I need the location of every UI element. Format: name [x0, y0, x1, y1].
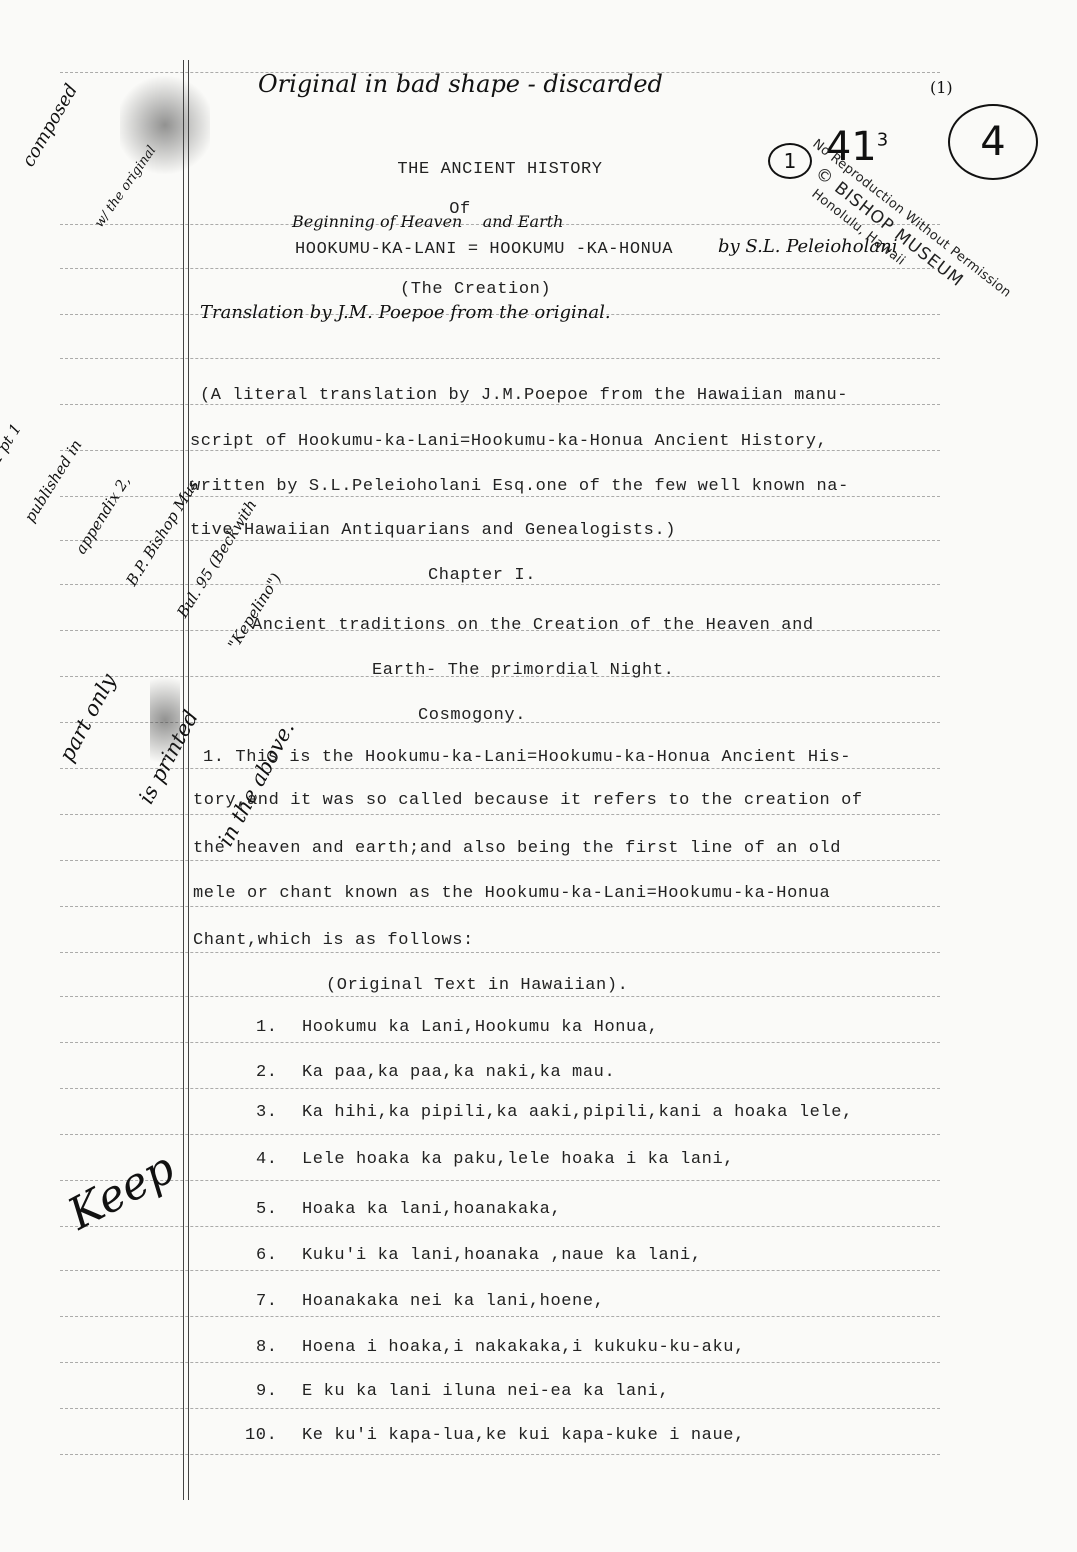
document-subtitle: HOOKUMU-KA-LANI = HOOKUMU -KA-HONUA	[295, 240, 673, 259]
intro-line: script of Hookumu-ka-Lani=Hookumu-ka-Hon…	[190, 432, 827, 451]
margin-note-line: part only	[52, 632, 143, 768]
chant-line-text: Hookumu ka Lani,Hookumu ka Honua,	[302, 1018, 658, 1037]
corner-mark: (1)	[930, 78, 953, 97]
chant-line-text: Hoanakaka nei ka lani,hoene,	[302, 1292, 604, 1311]
intro-line: tive Hawaiian Antiquarians and Genealogi…	[190, 521, 676, 540]
chant-line-number: 1.	[256, 1018, 278, 1037]
chant-line-text: Kuku'i ka lani,hoanaka ,naue ka lani,	[302, 1246, 702, 1265]
paragraph-line: tory,and it was so called because it ref…	[193, 791, 863, 810]
circled-page-number: 4	[948, 104, 1038, 180]
chant-line-text: Ka hihi,ka pipili,ka aaki,pipili,kani a …	[302, 1103, 853, 1122]
intro-line: written by S.L.Peleioholani Esq.one of t…	[190, 477, 849, 496]
chant-line-text: Hoaka ka lani,hoanakaka,	[302, 1200, 561, 1219]
left-top-note: composed	[18, 81, 82, 171]
chant-line-number: 7.	[256, 1292, 278, 1311]
chant-line-number: 8.	[256, 1338, 278, 1357]
intro-line: (A literal translation by J.M.Poepoe fro…	[200, 386, 848, 405]
paragraph-line: mele or chant known as the Hookumu-ka-La…	[193, 884, 830, 903]
chant-line-number: 10.	[245, 1426, 277, 1445]
chapter-subheading: Earth- The primordial Night.	[372, 661, 674, 680]
chant-line-text: Hoena i hoaka,i nakakaka,i kukuku-ku-aku…	[302, 1338, 745, 1357]
chant-line-number: 3.	[256, 1103, 278, 1122]
chant-line-text: E ku ka lani iluna nei-ea ka lani,	[302, 1382, 669, 1401]
circled-page-text: 4	[980, 119, 1005, 165]
chant-line-number: 6.	[256, 1246, 278, 1265]
document-page: Original in bad shape - discarded 413 (1…	[0, 0, 1077, 1552]
chant-line-text: Ka paa,ka paa,ka naki,ka mau.	[302, 1063, 615, 1082]
handwritten-top-note: Original in bad shape - discarded	[258, 70, 663, 98]
creation-heading: (The Creation)	[400, 280, 551, 299]
chapter-subheading: Ancient traditions on the Creation of th…	[252, 616, 814, 635]
paragraph-line: 1. This is the Hookumu-ka-Lani=Hookumu-k…	[203, 748, 851, 767]
chant-line-number: 4.	[256, 1150, 278, 1169]
section-heading: Cosmogony.	[418, 706, 526, 725]
document-title: THE ANCIENT HISTORY	[300, 160, 700, 179]
chant-line-text: Ke ku'i kapa-lua,ke kui kapa-kuke i naue…	[302, 1426, 745, 1445]
title-insert: Beginning of Heaven and Earth	[292, 212, 563, 231]
author-insert: by S.L. Peleioholani	[718, 236, 897, 257]
original-text-label: (Original Text in Hawaiian).	[326, 976, 628, 995]
chant-line-text: Lele hoaka ka paku,lele hoaka i ka lani,	[302, 1150, 734, 1169]
ink-smudge	[150, 660, 180, 780]
paragraph-line: Chant,which is as follows:	[193, 931, 474, 950]
chant-line-number: 5.	[256, 1200, 278, 1219]
translation-note: Translation by J.M. Poepoe from the orig…	[200, 302, 611, 323]
folio-superscript: 3	[877, 130, 888, 151]
chapter-heading: Chapter I.	[428, 566, 536, 585]
paragraph-line: the heaven and earth;and also being the …	[193, 839, 841, 858]
margin-note-line: in the above.	[211, 716, 302, 852]
chant-line-number: 2.	[256, 1063, 278, 1082]
stamp-line-2: © BISHOP MUSEUM	[795, 151, 1002, 319]
chant-line-number: 9.	[256, 1382, 278, 1401]
ink-smudge	[120, 70, 210, 180]
